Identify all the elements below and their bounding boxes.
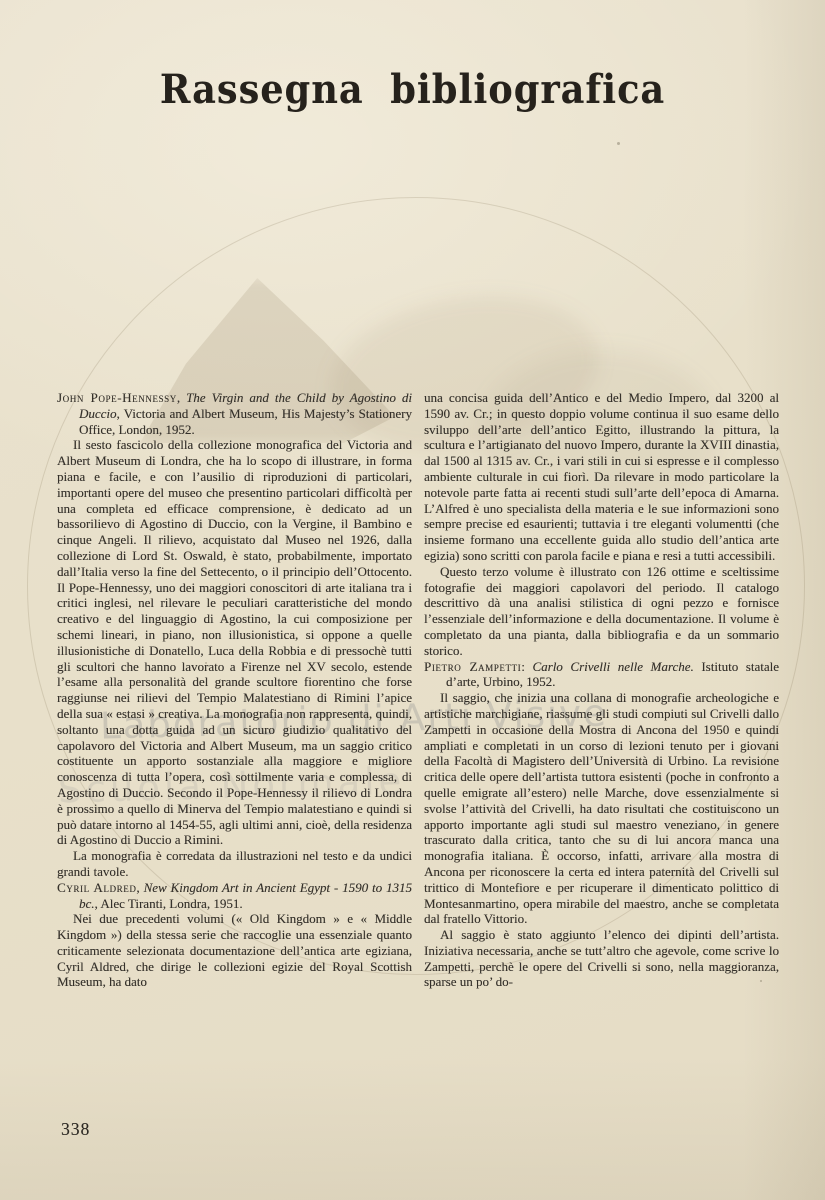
bibliography-entry-pope-hennessy: John Pope-Hennessy, The Virgin and the C… xyxy=(57,390,412,437)
left-column: John Pope-Hennessy, The Virgin and the C… xyxy=(57,390,412,990)
right-column: una concisa guida dell’Antico e del Medi… xyxy=(424,390,779,990)
review-paragraph: Nei due precedenti volumi (« Old Kingdom… xyxy=(57,911,412,990)
entry-separator: : xyxy=(521,659,532,674)
page-title: Rassegna bibliografica xyxy=(33,66,792,113)
entry-author: Pietro Zampetti xyxy=(424,659,521,674)
review-paragraph: Il saggio, che inizia una collana di mon… xyxy=(424,690,779,927)
dust-speck xyxy=(617,142,620,145)
entry-author: John Pope-Hennessy xyxy=(57,390,177,405)
entry-author: Cyril Aldred xyxy=(57,880,136,895)
entry-imprint: , Victoria and Albert Museum, His Majest… xyxy=(79,406,412,437)
entry-book-title: Carlo Crivelli nelle Marche. xyxy=(532,659,693,674)
entry-separator: , xyxy=(136,880,143,895)
review-paragraph: Al saggio è stato aggiunto l’elenco dei … xyxy=(424,927,779,990)
review-paragraph: La monografia è corredata da illustrazio… xyxy=(57,848,412,880)
text-columns: John Pope-Hennessy, The Virgin and the C… xyxy=(57,390,780,990)
review-paragraph: Il sesto fascicolo della collezione mono… xyxy=(57,437,412,848)
scanned-journal-page: Laboratorio di Arti Visive Scuola Normal… xyxy=(0,0,825,1200)
review-paragraph: Questo terzo volume è illustrato con 126… xyxy=(424,564,779,659)
entry-separator: , xyxy=(177,390,186,405)
page-number: 338 xyxy=(61,1119,90,1140)
entry-imprint: , Alec Tiranti, Londra, 1951. xyxy=(95,896,243,911)
review-paragraph-continuation: una concisa guida dell’Antico e del Medi… xyxy=(424,390,779,564)
bibliography-entry-zampetti: Pietro Zampetti: Carlo Crivelli nelle Ma… xyxy=(424,659,779,691)
bibliography-entry-aldred: Cyril Aldred, New Kingdom Art in Ancient… xyxy=(57,880,412,912)
